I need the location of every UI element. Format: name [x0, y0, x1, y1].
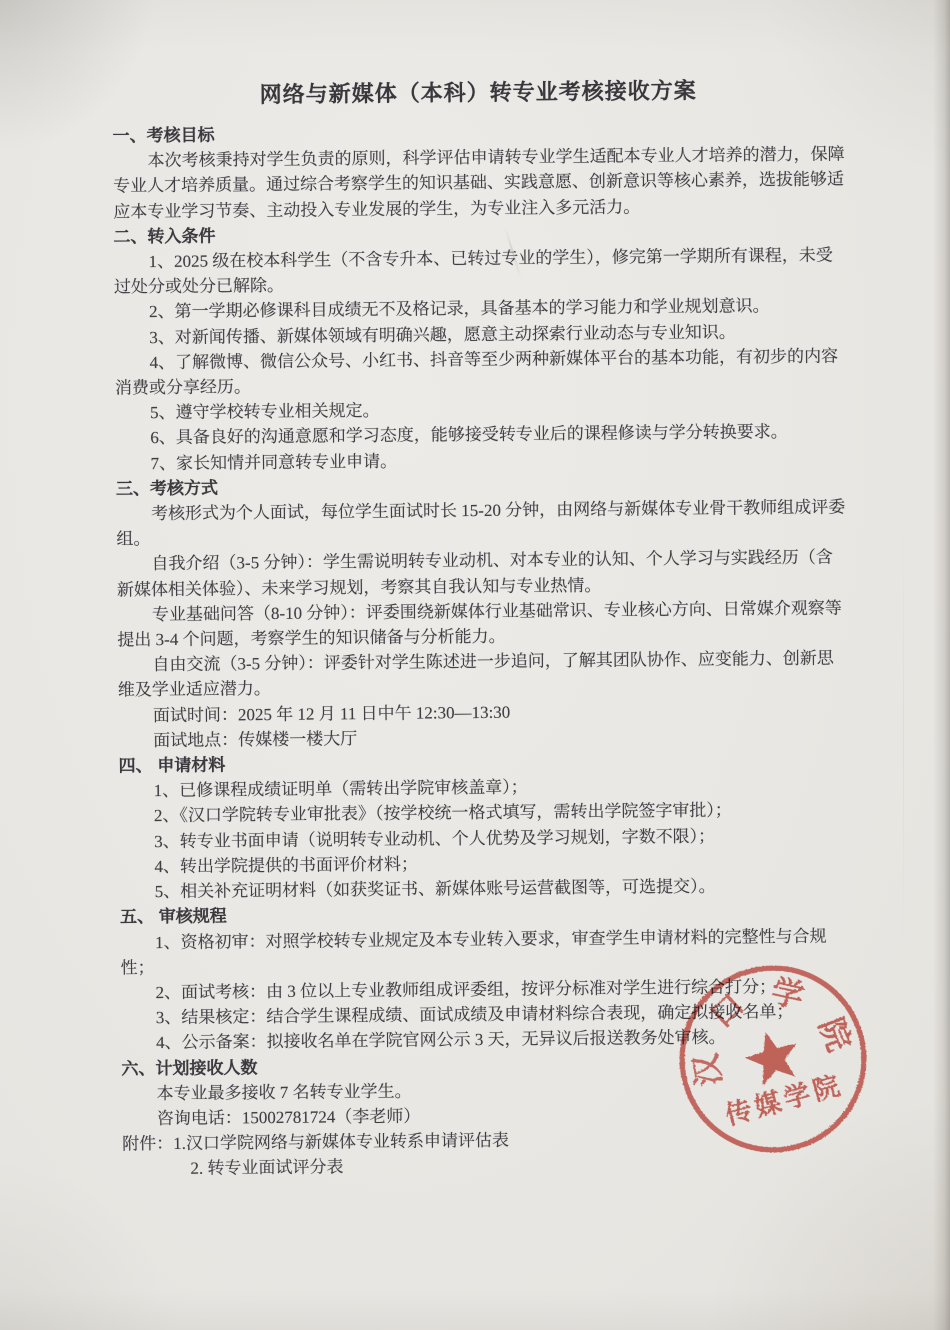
paper-crease [903, 520, 904, 950]
paragraph: 专业基础问答（8-10 分钟）：评委围绕新媒体行业基础常识、专业核心方向、日常媒… [117, 595, 849, 652]
paragraph: 考核形式为个人面试，每位学生面试时长 15-20 分钟，由网络与新媒体专业骨干教… [116, 495, 848, 552]
attachments-label: 附件： [122, 1131, 173, 1157]
section-application-materials: 四、 申请材料 1、已修课程成绩证明单（需转出学院审核盖章）； 2、《汉口学院转… [118, 747, 851, 905]
college-seal-stamp: 汉 口 学 院 传媒学院 [672, 958, 874, 1160]
seal-inner-text: 传媒学院 [722, 1069, 847, 1130]
seal-outer-char: 学 [768, 973, 807, 1015]
seal-star-icon [740, 1025, 805, 1089]
section-assessment-method: 三、考核方式 考核形式为个人面试，每位学生面试时长 15-20 分钟，由网络与新… [116, 469, 851, 753]
paragraph: 自我介绍（3-5 分钟）：学生需说明转专业动机、对本专业的认知、个人学习与实践经… [117, 545, 849, 602]
section-transfer-conditions: 二、转入条件 1、2025 级在校本科学生（不含专升本、已转过专业的学生），修完… [113, 217, 847, 476]
document-title: 网络与新媒体（本科）转专业考核接收方案 [112, 74, 844, 111]
seal-outer-char: 汉 [687, 1050, 728, 1088]
numbered-item: 1、2025 级在校本科学生（不含专升本、已转过专业的学生），修完第一学期所有课… [114, 242, 846, 299]
numbered-item: 4、了解微博、微信公众号、小红书、抖音等至少两种新媒体平台的基本功能，有初步的内… [115, 343, 847, 400]
seal-outer-char: 院 [812, 1013, 858, 1057]
section-assessment-goal: 一、考核目标 本次考核秉持对学生负责的原则，科学评估申请转专业学生适配本专业人才… [112, 116, 845, 224]
scanned-document-photo: 网络与新媒体（本科）转专业考核接收方案 一、考核目标 本次考核秉持对学生负责的原… [0, 0, 950, 1330]
attachment-item: 1.汉口学院网络与新媒体专业转系申请评估表 [173, 1128, 509, 1156]
paragraph: 本次考核秉持对学生负责的原则，科学评估申请转专业学生适配本专业人才培养的潜力，保… [113, 142, 846, 225]
paragraph: 自由交流（3-5 分钟）：评委针对学生陈述进一步追问，了解其团队协作、应变能力、… [118, 646, 850, 703]
